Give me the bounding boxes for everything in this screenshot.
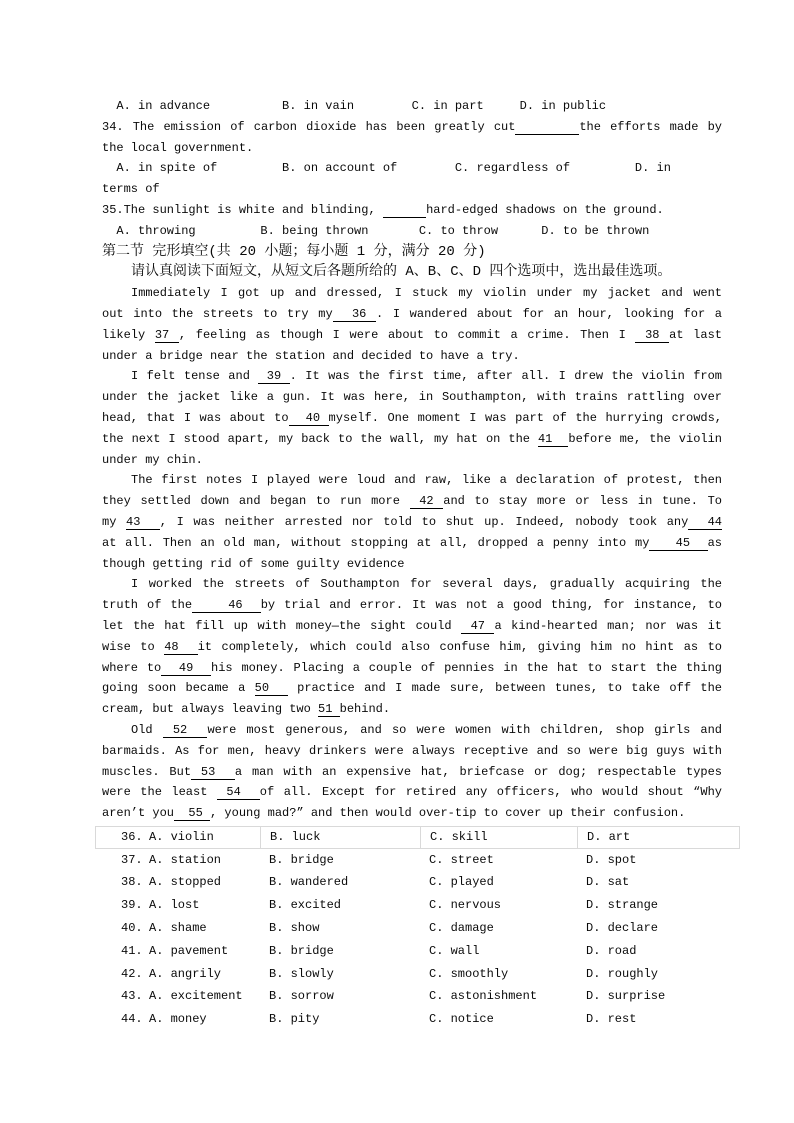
text-segment: muscles. But — [102, 765, 191, 779]
option-cell: A. money — [149, 1009, 260, 1030]
question-number: 39. — [121, 895, 149, 916]
options-table-row: 38.A. stoppedB. wanderedC. playedD. sat — [95, 871, 740, 894]
text-line: barmaids. As for men, heavy drinkers wer… — [102, 741, 722, 762]
text-segment: under a bridge near the station and deci… — [102, 349, 520, 363]
option-cell: C. notice — [420, 1009, 577, 1030]
text-segment: myself. One moment I was part of the hur… — [329, 411, 722, 425]
text-segment: 请认真阅读下面短文，从短文后各题所给的 A、B、C、D 四个选项中，选出最佳选项… — [131, 264, 671, 280]
option-cell: A. stopped — [149, 872, 260, 893]
blank-underline: 39 — [258, 369, 289, 384]
option-cell: D. spot — [577, 850, 739, 871]
option-cell: C. wall — [420, 941, 577, 962]
option-cell: D. surprise — [577, 986, 739, 1007]
option-cell: A. lost — [149, 895, 260, 916]
blank-underline: 43 — [126, 515, 160, 530]
text-line: were the least 54 of all. Except for ret… — [102, 782, 722, 803]
text-segment: they settled down and began to run more — [102, 494, 410, 508]
text-segment: a kind-hearted man; nor was it — [494, 619, 722, 633]
option-cell: B. bridge — [260, 850, 420, 871]
text-line: I worked the streets of Southampton for … — [102, 574, 722, 595]
text-segment: behind. — [340, 702, 390, 716]
option-cell: B. pity — [260, 1009, 420, 1030]
text-segment: , young mad?” and then would over-tip to… — [210, 806, 685, 820]
text-line: head, that I was about to 40 myself. One… — [102, 408, 722, 429]
question-number: 41. — [121, 941, 149, 962]
text-segment: 34. The emission of carbon dioxide has b… — [102, 120, 515, 134]
option-cell: B. sorrow — [260, 986, 420, 1007]
option-cell: D. strange — [577, 895, 739, 916]
option-cell: C. nervous — [420, 895, 577, 916]
text-line: under the jacket like a gun. It was here… — [102, 387, 722, 408]
blank-underline: 44 — [688, 515, 722, 530]
text-line: muscles. But 53 a man with an expensive … — [102, 762, 722, 783]
text-segment: The first notes I played were loud and r… — [131, 473, 722, 487]
options-table: 36.A. violinB. luckC. skillD. art37.A. s… — [0, 826, 794, 1031]
blank-underline: 54 — [217, 785, 260, 800]
text-line: likely 37 , feeling as though I were abo… — [102, 325, 722, 346]
text-line: 第二节 完形填空(共 20 小题；每小题 1 分，满分 20 分) — [102, 242, 722, 263]
text-line: 34. The emission of carbon dioxide has b… — [102, 117, 722, 138]
blank-underline: 41 — [538, 432, 568, 447]
blank-underline: 37 — [155, 328, 179, 343]
blank-underline: 42 — [410, 494, 444, 509]
text-segment: , feeling as though I were about to comm… — [179, 328, 636, 342]
text-segment: of all. Except for retired any officers,… — [260, 785, 722, 799]
option-cell: D. rest — [577, 1009, 739, 1030]
question-number: 37. — [121, 850, 149, 871]
text-line: they settled down and began to run more … — [102, 491, 722, 512]
text-segment: at last — [669, 328, 722, 342]
text-segment: likely — [102, 328, 155, 342]
text-segment: terms of — [102, 182, 160, 196]
text-segment: the efforts made by — [579, 120, 722, 134]
text-line: A. in advance B. in vain C. in part D. i… — [102, 96, 722, 117]
option-cell: B. excited — [260, 895, 420, 916]
text-line: the local government. — [102, 138, 722, 159]
text-line: where to 49 his money. Placing a couple … — [102, 658, 722, 679]
blank-underline: 38 — [635, 328, 669, 343]
blank-underline: 47 — [461, 619, 494, 634]
blank-underline: 51 — [318, 702, 340, 717]
text-segment: it completely, which could also confuse … — [198, 640, 722, 654]
option-cell: D. art — [577, 827, 739, 848]
options-table-row: 37.A. stationB. bridgeC. streetD. spot — [95, 849, 740, 872]
options-table-row: 42.A. angrilyB. slowlyC. smoothlyD. roug… — [95, 963, 740, 986]
blank-underline: 55 — [174, 806, 210, 821]
option-cell: C. street — [420, 850, 577, 871]
text-segment: my — [102, 515, 126, 529]
blank-underline: 53 — [191, 765, 235, 780]
question-number: 40. — [121, 918, 149, 939]
text-segment: his money. Placing a couple of pennies i… — [211, 661, 722, 675]
text-line: 请认真阅读下面短文，从短文后各题所给的 A、B、C、D 四个选项中，选出最佳选项… — [102, 262, 722, 283]
text-line: 35.The sunlight is white and blinding, h… — [102, 200, 722, 221]
option-cell: B. slowly — [260, 964, 420, 985]
options-table-row: 39.A. lostB. excitedC. nervousD. strange — [95, 894, 740, 917]
blank-underline: 49 — [161, 661, 211, 676]
text-line: at all. Then an old man, without stoppin… — [102, 533, 722, 554]
options-table-row: 36.A. violinB. luckC. skillD. art — [95, 826, 740, 849]
text-line: my 43 , I was neither arrested nor told … — [102, 512, 722, 533]
options-table-row: 41.A. pavementB. bridgeC. wallD. road — [95, 940, 740, 963]
option-cell: A. excitement — [149, 986, 260, 1007]
option-cell: A. angrily — [149, 964, 260, 985]
text-line: under my chin. — [102, 450, 722, 471]
blank-underline: 36 — [333, 307, 376, 322]
blank-underline: 48 — [164, 640, 197, 655]
text-segment: under my chin. — [102, 453, 203, 467]
option-cell: C. skill — [420, 827, 577, 848]
text-segment: head, that I was about to — [102, 411, 289, 425]
question-number: 38. — [121, 872, 149, 893]
text-segment: A. in spite of B. on account of C. regar… — [102, 161, 671, 175]
question-number: 43. — [121, 986, 149, 1007]
text-line: out into the streets to try my 36 . I wa… — [102, 304, 722, 325]
blank-underline — [515, 120, 579, 135]
option-cell: A. violin — [149, 827, 260, 848]
option-cell: D. declare — [577, 918, 739, 939]
text-segment: barmaids. As for men, heavy drinkers wer… — [102, 744, 722, 758]
text-segment: hard-edged shadows on the ground. — [426, 203, 664, 217]
option-cell: B. bridge — [260, 941, 420, 962]
option-cell: C. smoothly — [420, 964, 577, 985]
text-segment: before me, the violin — [568, 432, 722, 446]
option-cell: D. road — [577, 941, 739, 962]
text-segment: the local government. — [102, 141, 253, 155]
option-cell: C. astonishment — [420, 986, 577, 1007]
text-segment: . It was the first time, after all. I dr… — [290, 369, 722, 383]
text-segment: 35.The sunlight is white and blinding, — [102, 203, 383, 217]
text-line: aren’t you 55 , young mad?” and then wou… — [102, 803, 722, 824]
text-line: wise to 48 it completely, which could al… — [102, 637, 722, 658]
text-segment: A. throwing B. being thrown C. to throw … — [102, 224, 649, 238]
question-number: 36. — [121, 827, 149, 848]
text-line: A. throwing B. being thrown C. to throw … — [102, 221, 722, 242]
text-segment: at all. Then an old man, without stoppin… — [102, 536, 649, 550]
text-line: Old 52 were most generous, and so were w… — [102, 720, 722, 741]
text-segment: going soon became a — [102, 681, 255, 695]
text-segment: Old — [131, 723, 163, 737]
document-body: A. in advance B. in vain C. in part D. i… — [102, 96, 722, 824]
option-cell: B. wandered — [260, 872, 420, 893]
options-table-row: 43.A. excitementB. sorrowC. astonishment… — [95, 985, 740, 1008]
option-cell: A. station — [149, 850, 260, 871]
text-segment: 第二节 完形填空(共 20 小题；每小题 1 分，满分 20 分) — [102, 244, 486, 260]
text-line: truth of the 46 by trial and error. It w… — [102, 595, 722, 616]
text-segment: Immediately I got up and dressed, I stuc… — [131, 286, 722, 300]
blank-underline: 46 — [192, 598, 261, 613]
text-line: let the hat fill up with money—the sight… — [102, 616, 722, 637]
text-segment: a man with an expensive hat, briefcase o… — [235, 765, 722, 779]
text-segment: though getting rid of some guilty eviden… — [102, 557, 404, 571]
text-segment: I felt tense and — [131, 369, 258, 383]
text-segment: , I was neither arrested nor told to shu… — [160, 515, 689, 529]
option-cell: C. damage — [420, 918, 577, 939]
option-cell: A. pavement — [149, 941, 260, 962]
text-line: I felt tense and 39 . It was the first t… — [102, 366, 722, 387]
text-segment: by trial and error. It was not a good th… — [261, 598, 722, 612]
text-segment: as — [708, 536, 722, 550]
text-segment: practice and I made sure, between tunes,… — [288, 681, 722, 695]
blank-underline: 45 — [649, 536, 707, 551]
blank-underline: 50 — [255, 681, 288, 696]
text-line: The first notes I played were loud and r… — [102, 470, 722, 491]
text-line: the next I stood apart, my back to the w… — [102, 429, 722, 450]
text-segment: under the jacket like a gun. It was here… — [102, 390, 722, 404]
question-number: 44. — [121, 1009, 149, 1030]
text-segment: truth of the — [102, 598, 192, 612]
text-segment: let the hat fill up with money—the sight… — [102, 619, 461, 633]
text-segment: the next I stood apart, my back to the w… — [102, 432, 538, 446]
text-line: Immediately I got up and dressed, I stuc… — [102, 283, 722, 304]
text-segment: were the least — [102, 785, 217, 799]
option-cell: C. played — [420, 872, 577, 893]
text-line: though getting rid of some guilty eviden… — [102, 554, 722, 575]
options-table-row: 44.A. moneyB. pityC. noticeD. rest — [95, 1008, 740, 1031]
text-segment: were most generous, and so were women wi… — [207, 723, 722, 737]
text-line: cream, but always leaving two 51 behind. — [102, 699, 722, 720]
text-segment: A. in advance B. in vain C. in part D. i… — [102, 99, 606, 113]
text-segment: wise to — [102, 640, 164, 654]
text-segment: aren’t you — [102, 806, 174, 820]
blank-underline — [383, 203, 426, 218]
options-table-row: 40.A. shameB. showC. damageD. declare — [95, 917, 740, 940]
text-line: going soon became a 50 practice and I ma… — [102, 678, 722, 699]
option-cell: B. luck — [260, 827, 420, 848]
text-line: A. in spite of B. on account of C. regar… — [102, 158, 722, 179]
question-number: 42. — [121, 964, 149, 985]
text-segment: cream, but always leaving two — [102, 702, 318, 716]
exam-page: A. in advance B. in vain C. in part D. i… — [0, 0, 794, 1123]
option-cell: A. shame — [149, 918, 260, 939]
blank-underline: 52 — [163, 723, 208, 738]
text-segment: and to stay more or less in tune. To — [443, 494, 722, 508]
text-segment: out into the streets to try my — [102, 307, 333, 321]
text-line: terms of — [102, 179, 722, 200]
text-segment: I worked the streets of Southampton for … — [131, 577, 722, 591]
option-cell: D. sat — [577, 872, 739, 893]
text-segment: . I wandered about for an hour, looking … — [376, 307, 722, 321]
option-cell: D. roughly — [577, 964, 739, 985]
text-segment: where to — [102, 661, 161, 675]
text-line: under a bridge near the station and deci… — [102, 346, 722, 367]
blank-underline: 40 — [289, 411, 329, 426]
option-cell: B. show — [260, 918, 420, 939]
